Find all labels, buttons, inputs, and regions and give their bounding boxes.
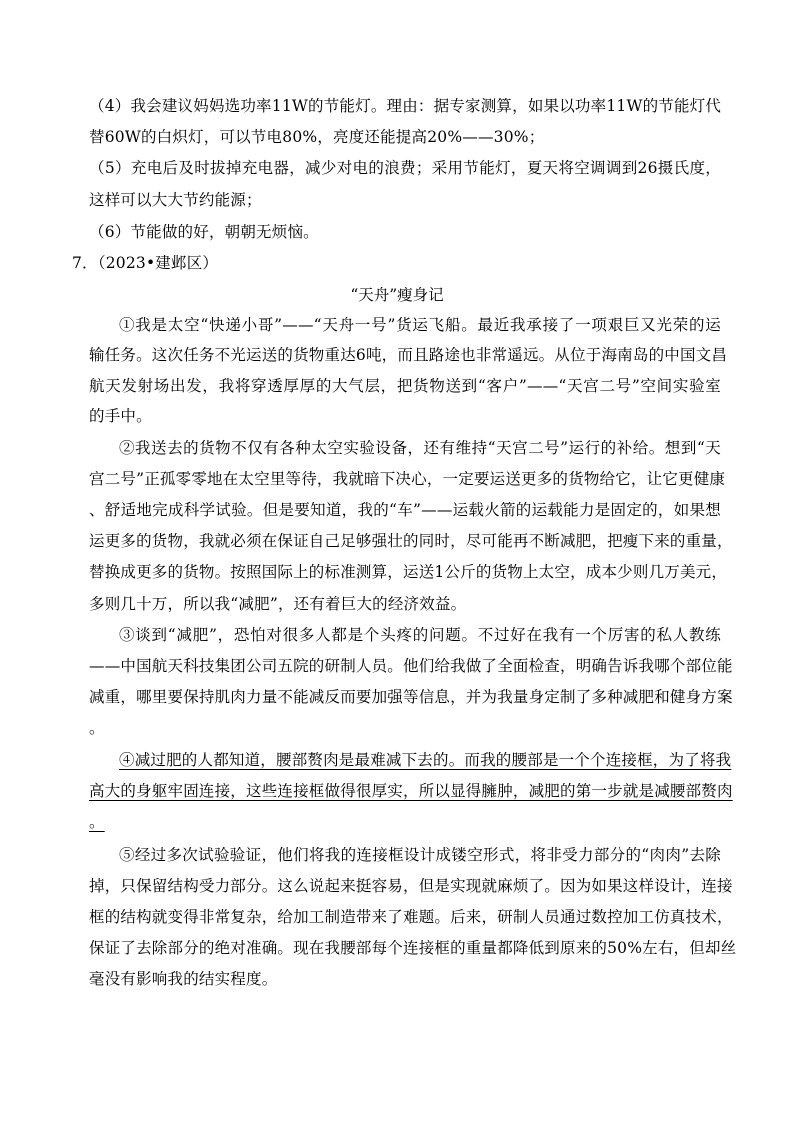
p3-line-4: 。	[89, 718, 105, 738]
p3-line-2: ——中国航天科技集团公司五院的研制人员。他们给我做了全面检查，明确告诉我哪个部位…	[89, 656, 721, 676]
p2-line-5: 替换成更多的货物。按照国际上的标准测算，运送1公斤的货物上太空，成本少则几万美元…	[89, 562, 721, 582]
p2-line-3: 、舒适地完成科学试验。但是要知道，我的“车”——运载火箭的运载能力是固定的，如果…	[89, 500, 721, 520]
p3-line-1: ③谈到“减肥”，恐怕对很多人都是个头疼的问题。不过好在我有一个厉害的私人教练	[119, 625, 721, 645]
answer-item-6-line-1: （6）节能做的好，朝朝无烦恼。	[89, 222, 319, 242]
p2-line-2: 宫二号”正孤零零地在太空里等待，我就暗下决心，一定要运送更多的货物给它，让它更健…	[89, 469, 721, 489]
document-page: （4）我会建议妈妈选功率11W的节能灯。理由：据专家测算，如果以功率11W的节能…	[0, 0, 794, 1123]
p2-line-6: 多则几十万，所以我“减肥”，还有着巨大的经济效益。	[89, 594, 466, 614]
question-number: 7．（2023•建邺区）	[72, 253, 218, 273]
p4-line-1: ④减过肥的人都知道，腰部赘肉是最难减下去的。而我的腰部是一个个连接框，为了将我	[119, 750, 721, 770]
p5-line-2: 掉，只保留结构受力部分。这么说起来挺容易，但是实现就麻烦了。因为如果这样设计，连…	[89, 876, 721, 896]
p5-line-3: 框的结构就变得非常复杂，给加工制造带来了难题。后来，研制人员通过数控加工仿真技术…	[89, 907, 721, 927]
p4-line-2: 高大的身躯牢固连接，这些连接框做得很厚实，所以显得臃肿，减肥的第一步就是减腰部赘…	[89, 781, 721, 801]
p5-line-5: 毫没有影响我的结实程度。	[89, 969, 277, 989]
p4-line-3: 。	[89, 812, 105, 832]
p5-line-4: 保证了去除部分的绝对准确。现在我腰部每个连接框的重量都降低到原来的50%左右，但…	[89, 938, 721, 958]
p1-line-1: ①我是太空“快递小哥”——“天舟一号”货运飞船。最近我承接了一项艰巨又光荣的运	[119, 315, 721, 335]
answer-item-4-line-1: （4）我会建议妈妈选功率11W的节能灯。理由：据专家测算，如果以功率11W的节能…	[89, 96, 721, 116]
p2-line-1: ②我送去的货物不仅有各种太空实验设备，还有维持“天宫二号”运行的补给。想到“天	[119, 438, 721, 458]
p2-line-4: 运更多的货物，我就必须在保证自己足够强壮的同时，尽可能再不断减肥，把瘦下来的重量…	[89, 531, 721, 551]
p3-line-3: 减重，哪里要保持肌肉力量不能减反而要加强等信息，并为我量身定制了多种减肥和健身方…	[89, 687, 721, 707]
p1-line-4: 的手中。	[89, 406, 152, 426]
p1-line-2: 输任务。这次任务不光运送的货物重达6吨，而且路途也非常遥远。从位于海南岛的中国文…	[89, 345, 721, 365]
passage-title: “天舟”瘦身记	[0, 283, 794, 305]
answer-item-5-line-1: （5）充电后及时拔掉充电器，减少对电的浪费；采用节能灯，夏天将空调调到26摄氏度…	[89, 158, 721, 178]
answer-item-5-line-2: 这样可以大大节约能源；	[89, 190, 262, 210]
answer-item-4-line-2: 替60W的白炽灯，可以节电80%，亮度还能提高20%——30%；	[89, 127, 544, 147]
p1-line-3: 航天发射场出发，我将穿透厚厚的大气层，把货物送到“客户”——“天宫二号”空间实验…	[89, 376, 721, 396]
p5-line-1: ⑤经过多次试验验证，他们将我的连接框设计成镂空形式，将非受力部分的“肉肉”去除	[119, 845, 721, 865]
